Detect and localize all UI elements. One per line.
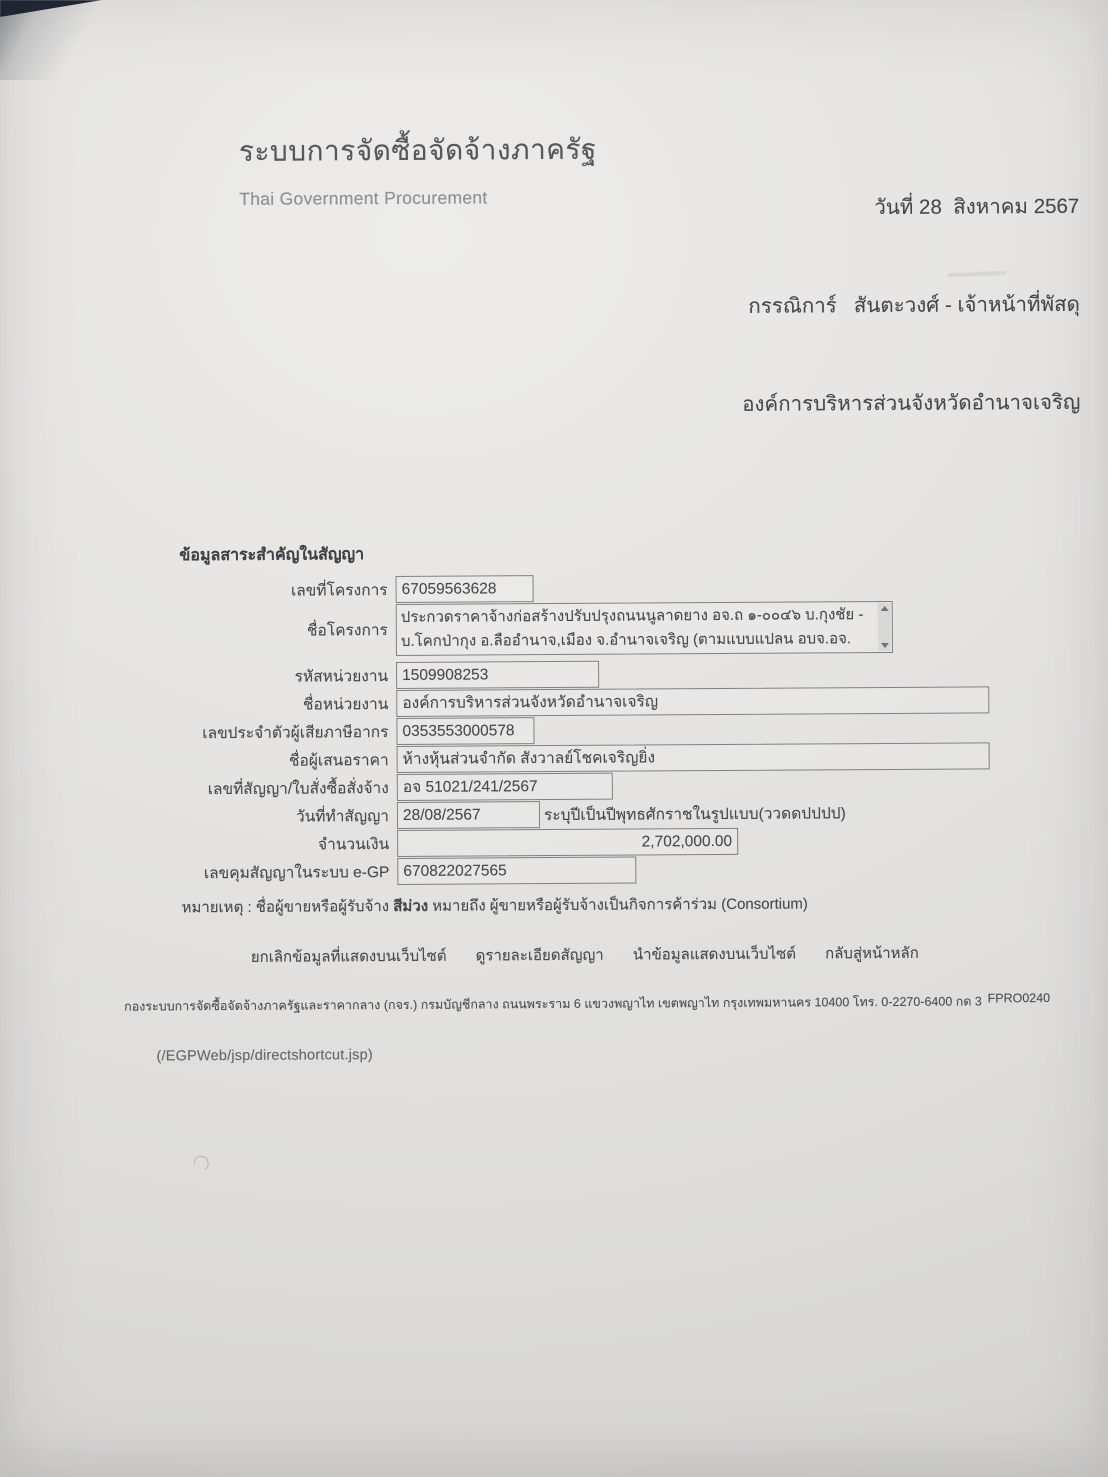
agency-code-label: รหัสหน่วยงาน [4,663,396,690]
scroll-up-icon[interactable] [880,606,888,611]
footer-form-code: FPRO0240 [988,991,1051,1011]
header-date: วันที่ 28 สิงหาคม 2567 [741,190,1079,225]
scroll-down-icon[interactable] [880,643,888,648]
project-name-text: ประกวดราคาจ้างก่อสร้างปรับปรุงถนนนูลาดยา… [401,603,876,654]
back-to-home-button[interactable]: กลับสู่หน้าหลัก [825,941,919,966]
user-info-block: วันที่ 28 สิงหาคม 2567 กรรณิการ์ สันตะวง… [740,125,1080,488]
page-footer: กองระบบการจัดซื้อจัดจ้างภาครัฐและราคากลา… [6,990,1108,1017]
bidder-name-label: ชื่อผู้เสนอราคา [5,747,397,774]
action-buttons-row: ยกเลิกข้อมูลที่แสดงบนเว็บไซต์ ดูรายละเอี… [251,941,919,969]
agency-name-input[interactable]: องค์การบริหารส่วนจังหวัดอำนาจเจริญ [396,686,989,717]
page-header: ระบบการจัดซื้อจัดจ้างภาครัฐ Thai Governm… [0,0,1108,492]
egp-control-no-label: เลขคุมสัญญาในระบบ e-GP [5,859,397,886]
textarea-scrollbar[interactable] [878,603,891,651]
amount-label: จำนวนเงิน [5,831,397,858]
consortium-note: หมายเหตุ : ชื่อผู้ขายหรือผู้รับจ้าง สีม่… [181,889,1108,919]
cancel-publish-button[interactable]: ยกเลิกข้อมูลที่แสดงบนเว็บไซต์ [251,943,447,968]
app-title-english: Thai Government Procurement [239,187,597,210]
contract-no-input[interactable]: อจ 51021/241/2567 [397,772,613,800]
photographed-document: ระบบการจัดซื้อจัดจ้างภาครัฐ Thai Governm… [0,0,1108,1477]
bidder-name-input[interactable]: ห้างหุ้นส่วนจำกัด สังวาลย์โชคเจริญยิ่ง [397,742,990,773]
header-officer: กรรณิการ์ สันตะวงศ์ - เจ้าหน้าที่พัสดุ [741,289,1079,324]
section-title: ข้อมูลสาระสำคัญในสัญญา [179,537,1108,568]
header-organization: องค์การบริหารส่วนจังหวัดอำนาจเจริญ [742,387,1080,422]
project-name-textarea[interactable]: ประกวดราคาจ้างก่อสร้างปรับปรุงถนนนูลาดยา… [396,601,893,656]
note-highlight: สีม่วง [393,898,428,915]
agency-code-input[interactable]: 1509908253 [396,661,599,689]
amount-input[interactable]: 2,702,000.00 [397,828,738,857]
brand-block: ระบบการจัดซื้อจัดจ้างภาครัฐ Thai Governm… [239,128,598,210]
row-egp-control-no: เลขคุมสัญญาในระบบ e-GP 670822027565 [5,853,1108,887]
project-name-label: ชื่อโครงการ [4,617,396,644]
contract-date-input[interactable]: 28/08/2567 [397,801,540,829]
row-project-name: ชื่อโครงการ ประกวดราคาจ้างก่อสร้างปรับปร… [4,599,1108,658]
contract-no-label: เลขที่สัญญา/ใบสั่งซื้อสั่งจ้าง [5,775,397,802]
project-no-input[interactable]: 67059563628 [396,575,534,603]
shortcut-url: (/EGPWeb/jsp/directshortcut.jsp) [156,1042,1108,1064]
contract-date-format-hint: ระบุปีเป็นปีพุทธศักราชในรูปแบบ(ววดดปปปป) [544,800,846,827]
page-content: ระบบการจัดซื้อจัดจ้างภาครัฐ Thai Governm… [0,0,1108,1477]
footer-address: กองระบบการจัดซื้อจัดจ้างภาครัฐและราคากลา… [124,991,982,1016]
app-title-thai: ระบบการจัดซื้อจัดจ้างภาครัฐ [239,128,597,174]
tax-id-label: เลขประจำตัวผู้เสียภาษีอากร [4,719,396,746]
note-suffix: หมายถึง ผู้ขายหรือผู้รับจ้างเป็นกิจการค้… [428,895,808,914]
contract-date-label: วันที่ทำสัญญา [5,803,397,830]
tax-id-input[interactable]: 0353553000578 [396,717,534,745]
egp-control-no-input[interactable]: 670822027565 [397,856,636,884]
agency-name-label: ชื่อหน่วยงาน [4,691,396,718]
publish-to-website-button[interactable]: นำข้อมูลแสดงบนเว็บไซต์ [633,941,796,966]
view-contract-detail-button[interactable]: ดูรายละเอียดสัญญา [476,942,604,967]
project-no-label: เลขที่โครงการ [4,577,396,604]
note-prefix: หมายเหตุ : ชื่อผู้ขายหรือผู้รับจ้าง [181,898,393,916]
